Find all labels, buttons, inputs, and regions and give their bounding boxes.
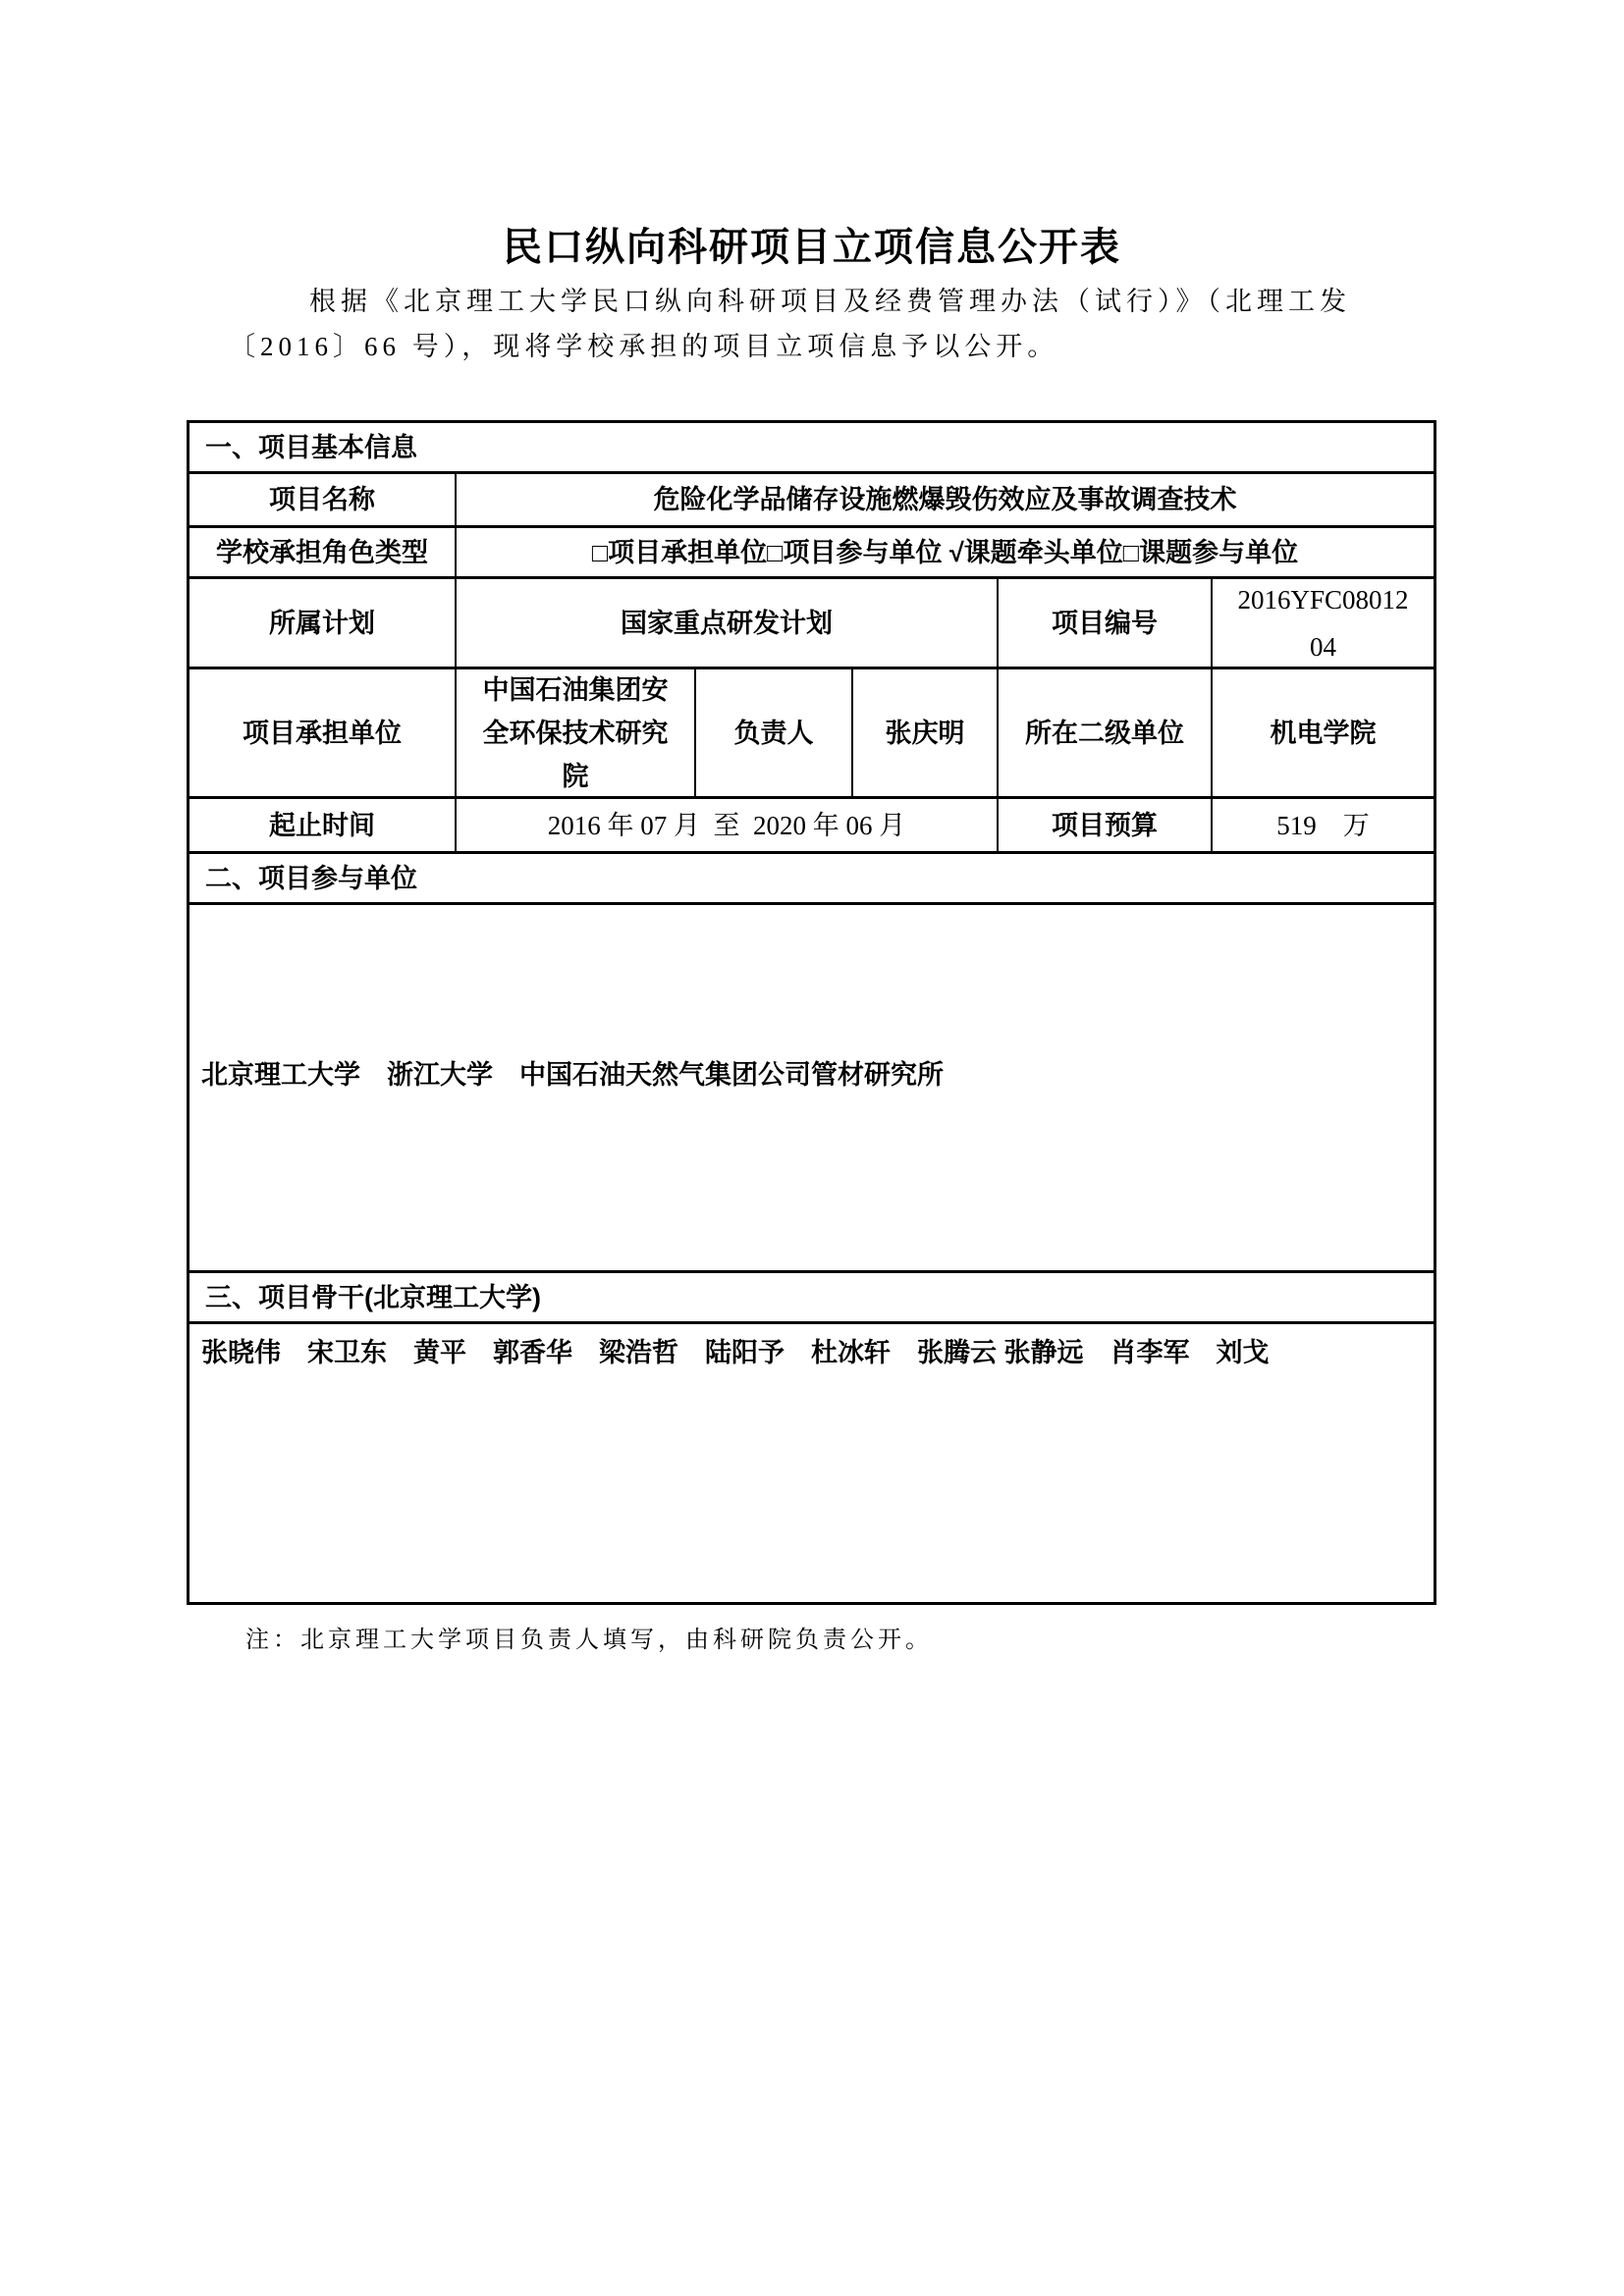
- secondary-unit-label: 所在二级单位: [999, 669, 1213, 799]
- project-number-value: 2016YFC0801204: [1213, 579, 1434, 669]
- budget-label: 项目预算: [999, 799, 1213, 854]
- duration-value: 2016 年 07 月 至 2020 年 06 月: [457, 799, 999, 854]
- intro-line-1: 根据《北京理工大学民口纵向科研项目及经费管理办法（试行）》（北理工发: [229, 279, 1417, 324]
- backbone-members-value: 张晓伟 宋卫东 黄平 郭香华 梁浩哲 陆阳予 杜冰轩 张腾云 张静远 肖李军 刘…: [189, 1324, 1434, 1602]
- document-page: 民口纵向科研项目立项信息公开表 根据《北京理工大学民口纵向科研项目及经费管理办法…: [0, 0, 1624, 2296]
- project-info-table: 一、项目基本信息 项目名称 危险化学品储存设施燃爆毁伤效应及事故调查技术 学校承…: [187, 420, 1436, 1605]
- plan-value: 国家重点研发计划: [457, 579, 999, 669]
- role-type-value: □项目承担单位□项目参与单位 √课题牵头单位□课题参与单位: [457, 528, 1434, 579]
- basic-info-section-header: 一、项目基本信息: [189, 423, 1434, 474]
- participants-section-header: 二、项目参与单位: [189, 854, 1434, 905]
- project-number-label: 项目编号: [999, 579, 1213, 669]
- role-type-label: 学校承担角色类型: [189, 528, 457, 579]
- intro-line-2: 〔2016〕66 号），现将学校承担的项目立项信息予以公开。: [229, 324, 1417, 369]
- backbone-section-header: 三、项目骨干(北京理工大学): [189, 1273, 1434, 1324]
- participants-value: 北京理工大学 浙江大学 中国石油天然气集团公司管材研究所: [189, 905, 1434, 1273]
- footnote: 注：北京理工大学项目负责人填写，由科研院负责公开。: [245, 1620, 933, 1654]
- budget-value: 519 万: [1213, 799, 1434, 854]
- undertaking-unit-value: 中国石油集团安全环保技术研究院: [457, 669, 696, 799]
- duration-label: 起止时间: [189, 799, 457, 854]
- undertaking-unit-label: 项目承担单位: [189, 669, 457, 799]
- leader-value: 张庆明: [853, 669, 999, 799]
- plan-label: 所属计划: [189, 579, 457, 669]
- intro-paragraph: 根据《北京理工大学民口纵向科研项目及经费管理办法（试行）》（北理工发 〔2016…: [229, 279, 1417, 369]
- project-name-label: 项目名称: [189, 474, 457, 528]
- project-name-value: 危险化学品储存设施燃爆毁伤效应及事故调查技术: [457, 474, 1434, 528]
- leader-label: 负责人: [696, 669, 853, 799]
- secondary-unit-value: 机电学院: [1213, 669, 1434, 799]
- document-title: 民口纵向科研项目立项信息公开表: [0, 216, 1624, 272]
